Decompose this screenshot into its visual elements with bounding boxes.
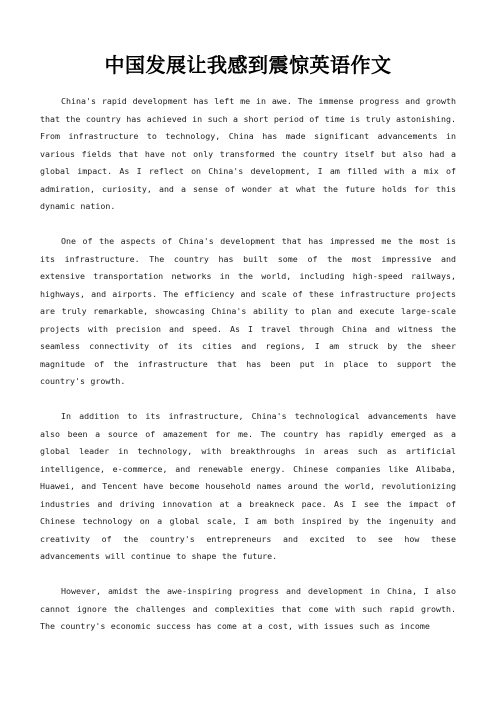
essay-paragraph-1: China's rapid development has left me in… — [40, 93, 456, 216]
essay-body: China's rapid development has left me in… — [40, 93, 456, 636]
document-page: 中国发展让我感到震惊英语作文 China's rapid development… — [0, 0, 496, 702]
essay-paragraph-4: However, amidst the awe-inspiring progre… — [40, 583, 456, 636]
essay-paragraph-2: One of the aspects of China's developmen… — [40, 233, 456, 391]
essay-paragraph-3: In addition to its infrastructure, China… — [40, 408, 456, 566]
page-title: 中国发展让我感到震惊英语作文 — [40, 50, 456, 80]
